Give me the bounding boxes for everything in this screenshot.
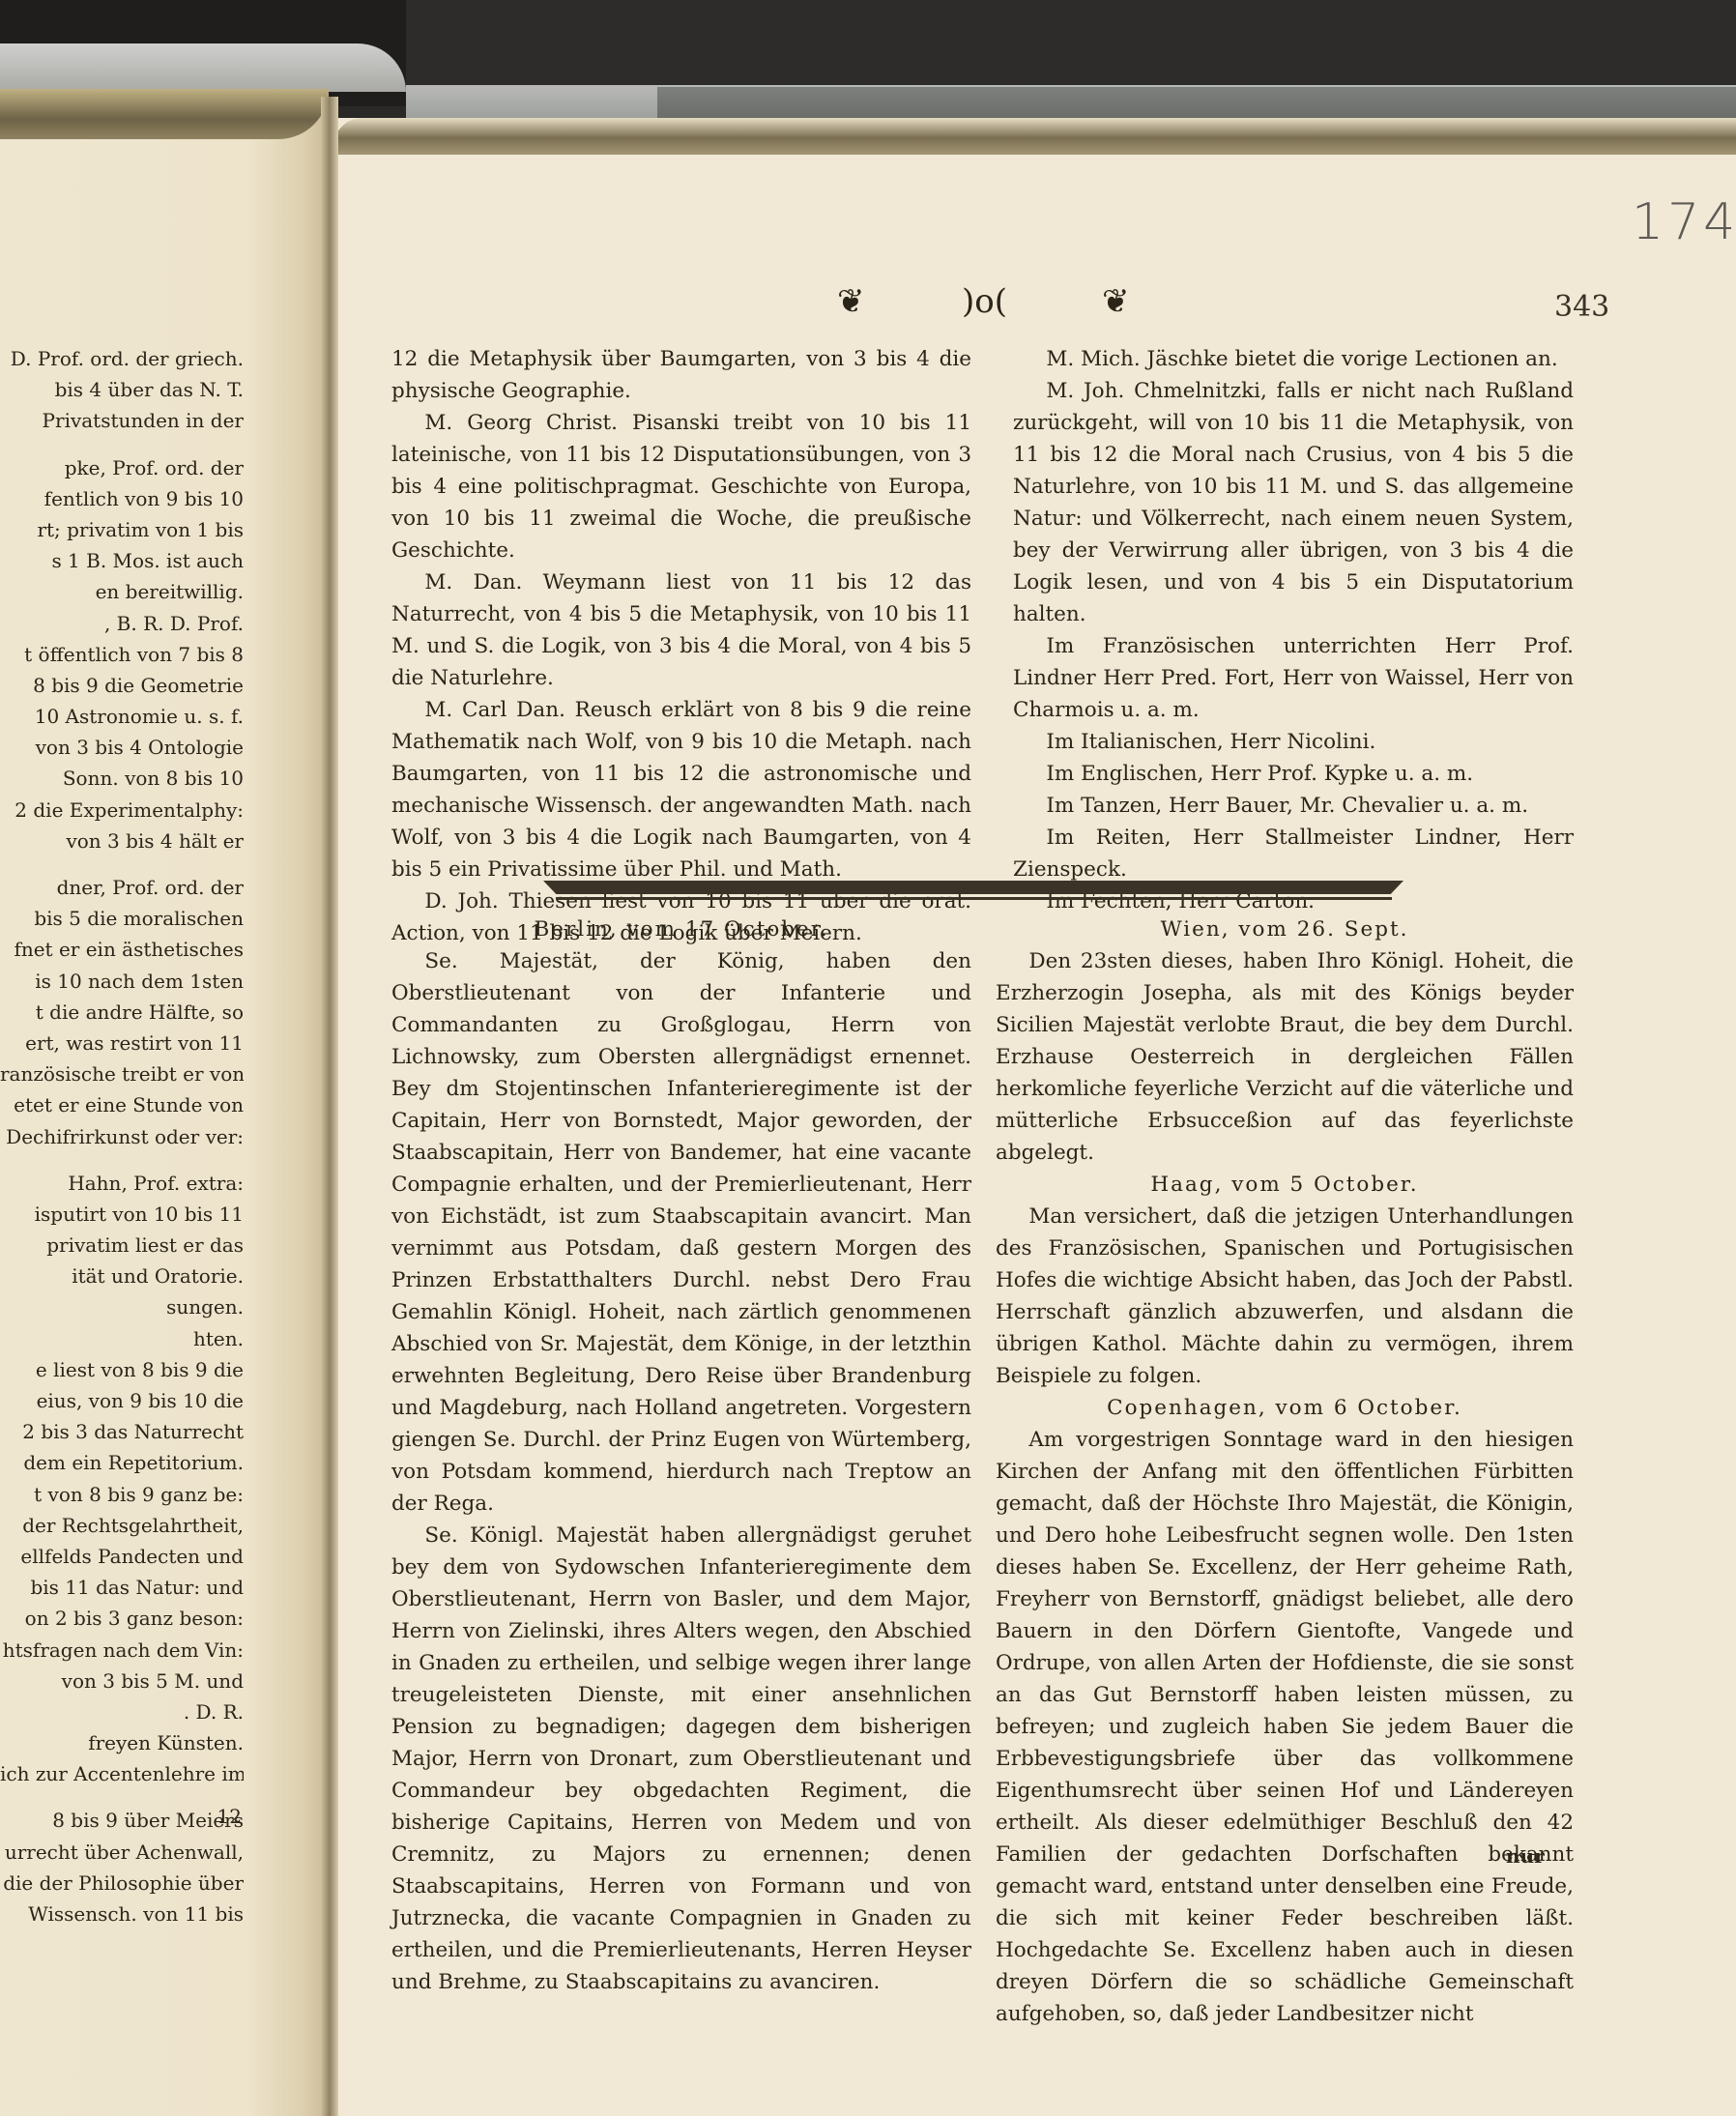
left-page-line: e liest von 8 bis 9 die — [0, 1354, 244, 1385]
left-page-line: bis 11 das Natur: und — [0, 1572, 244, 1603]
left-page-catchword: 12 — [184, 1805, 242, 1828]
left-page-line: ich zur Accentenlehre im — [0, 1758, 244, 1789]
dateline: Berlin, vom 17 October. — [391, 913, 971, 945]
left-page-line: on 2 bis 3 ganz beson: — [0, 1603, 244, 1634]
left-page-line: bis 4 über das N. T. — [0, 374, 244, 405]
left-page-line: von 3 bis 4 Ontologie — [0, 732, 244, 763]
left-page-text-column: D. Prof. ord. der griech.bis 4 über das … — [0, 343, 244, 1929]
left-page-line: von 3 bis 5 M. und — [0, 1666, 244, 1696]
paragraph-gap — [0, 1152, 244, 1168]
news-column-right: Wien, vom 26. Sept. Den 23sten dieses, h… — [996, 913, 1574, 2030]
left-page-line: hten. — [0, 1323, 244, 1354]
left-page-line: s 1 B. Mos. ist auch — [0, 545, 244, 576]
left-page-line: dem ein Repetitorium. — [0, 1447, 244, 1478]
paragraph: Im Italianischen, Herr Nicolini. — [1013, 726, 1574, 758]
column-university-lectures-1: 12 die Metaphysik über Baumgarten, von 3… — [391, 343, 971, 949]
paragraph-gap — [0, 1789, 244, 1805]
left-page-line: en bereitwillig. — [0, 576, 244, 607]
shell-ornament-icon: ❦ — [1102, 282, 1130, 321]
left-page-line: fnet er ein ästhetisches — [0, 934, 244, 965]
paragraph: Se. Majestät, der König, haben den Obers… — [391, 945, 971, 1520]
left-page-top-edge — [0, 89, 329, 139]
left-page-line: Sonn. von 8 bis 10 — [0, 763, 244, 794]
left-page-line: ellfelds Pandecten und — [0, 1541, 244, 1572]
dateline: Wien, vom 26. Sept. — [996, 913, 1574, 945]
left-page-line: 10 Astronomie u. s. f. — [0, 701, 244, 732]
page-number: 343 — [1554, 290, 1609, 324]
right-page-catchword: nur — [1506, 1844, 1545, 1868]
paragraph: M. Dan. Weymann liest von 11 bis 12 das … — [391, 566, 971, 694]
binding-strip-dark — [657, 87, 1736, 118]
news-berlin: Berlin, vom 17 October. Se. Majestät, de… — [391, 913, 971, 1998]
left-page-line: , B. R. D. Prof. — [0, 608, 244, 639]
left-page-line: etet er eine Stunde von — [0, 1089, 244, 1120]
left-page-line: 8 bis 9 die Geometrie — [0, 670, 244, 701]
paragraph: Man versichert, daß die jetzigen Unterha… — [996, 1201, 1574, 1392]
paragraph-gap — [0, 437, 244, 452]
left-page-line: sungen. — [0, 1291, 244, 1322]
left-page-line: isputirt von 10 bis 11 — [0, 1199, 244, 1230]
dateline: Copenhagen, vom 6 October. — [996, 1392, 1574, 1424]
left-page-line: Dechifrirkunst oder ver: — [0, 1121, 244, 1152]
left-page-line: fentlich von 9 bis 10 — [0, 483, 244, 514]
section-divider-rule-thin — [556, 897, 1392, 900]
paragraph-gap — [0, 856, 244, 872]
left-page-line: ität und Oratorie. — [0, 1261, 244, 1291]
binding-cloth — [0, 43, 406, 92]
left-page-line: eius, von 9 bis 10 die — [0, 1385, 244, 1416]
paragraph: Im Englischen, Herr Prof. Kypke u. a. m. — [1013, 758, 1574, 790]
left-page-line: htsfragen nach dem Vin: — [0, 1635, 244, 1666]
left-page-line: von 3 bis 4 hält er — [0, 826, 244, 856]
section-divider-rule — [543, 881, 1403, 894]
book-gutter — [321, 97, 338, 2116]
paragraph: M. Carl Dan. Reusch erklärt von 8 bis 9 … — [391, 694, 971, 885]
left-page-line: privatim liest er das — [0, 1230, 244, 1261]
paragraph: Se. Königl. Majestät haben allergnädigst… — [391, 1520, 971, 1998]
paragraph: Den 23sten dieses, haben Ihro Königl. Ho… — [996, 945, 1574, 1169]
shell-ornament-icon: ❦ — [837, 282, 865, 321]
paragraph: M. Joh. Chmelnitzki, falls er nicht nach… — [1013, 375, 1574, 630]
left-page-line: urrecht über Achenwall, — [0, 1837, 244, 1868]
left-page-line: ert, was restirt von 11 — [0, 1028, 244, 1058]
left-page-line: . D. R. — [0, 1696, 244, 1727]
left-page-line: t die andre Hälfte, so — [0, 997, 244, 1028]
paragraph: Im Reiten, Herr Stallmeister Lindner, He… — [1013, 822, 1574, 885]
left-page-line: rt; privatim von 1 bis — [0, 514, 244, 545]
left-page-line: Hahn, Prof. extra: — [0, 1168, 244, 1199]
left-page-line: 2 bis 3 das Naturrecht — [0, 1416, 244, 1447]
column-university-lectures-2: M. Mich. Jäschke bietet die vorige Lecti… — [1013, 343, 1574, 917]
left-page-line: bis 5 die moralischen — [0, 903, 244, 934]
left-page-line: pke, Prof. ord. der — [0, 452, 244, 483]
center-ornament: )o( — [962, 282, 1007, 321]
paragraph: 12 die Metaphysik über Baumgarten, von 3… — [391, 343, 971, 407]
left-page-line: ranzösische treibt er von — [0, 1058, 244, 1089]
archive-folio-number: 174 — [1632, 193, 1736, 251]
right-page-top-edge — [333, 118, 1736, 155]
left-page-line: Privatstunden in der — [0, 405, 244, 436]
left-page-line: t öffentlich von 7 bis 8 — [0, 639, 244, 670]
left-page-line: freyen Künsten. — [0, 1727, 244, 1758]
dateline: Haag, vom 5 October. — [996, 1169, 1574, 1201]
left-page-line: 2 die Experimentalphy: — [0, 795, 244, 826]
paragraph: M. Mich. Jäschke bietet die vorige Lecti… — [1013, 343, 1574, 375]
paragraph: M. Georg Christ. Pisanski treibt von 10 … — [391, 407, 971, 566]
left-page-line: dner, Prof. ord. der — [0, 872, 244, 903]
left-page-line: D. Prof. ord. der griech. — [0, 343, 244, 374]
left-page-line: is 10 nach dem 1sten — [0, 966, 244, 997]
left-page-line: Wissensch. von 11 bis — [0, 1899, 244, 1929]
left-page-line: der Rechtsgelahrtheit, — [0, 1510, 244, 1541]
left-page-line: t von 8 bis 9 ganz be: — [0, 1479, 244, 1510]
left-page-line: die der Philosophie über — [0, 1868, 244, 1899]
paragraph: Im Französischen unterrichten Herr Prof.… — [1013, 630, 1574, 726]
paragraph: Am vorgestrigen Sonntage ward in den hie… — [996, 1424, 1574, 2030]
paragraph: Im Tanzen, Herr Bauer, Mr. Chevalier u. … — [1013, 790, 1574, 822]
